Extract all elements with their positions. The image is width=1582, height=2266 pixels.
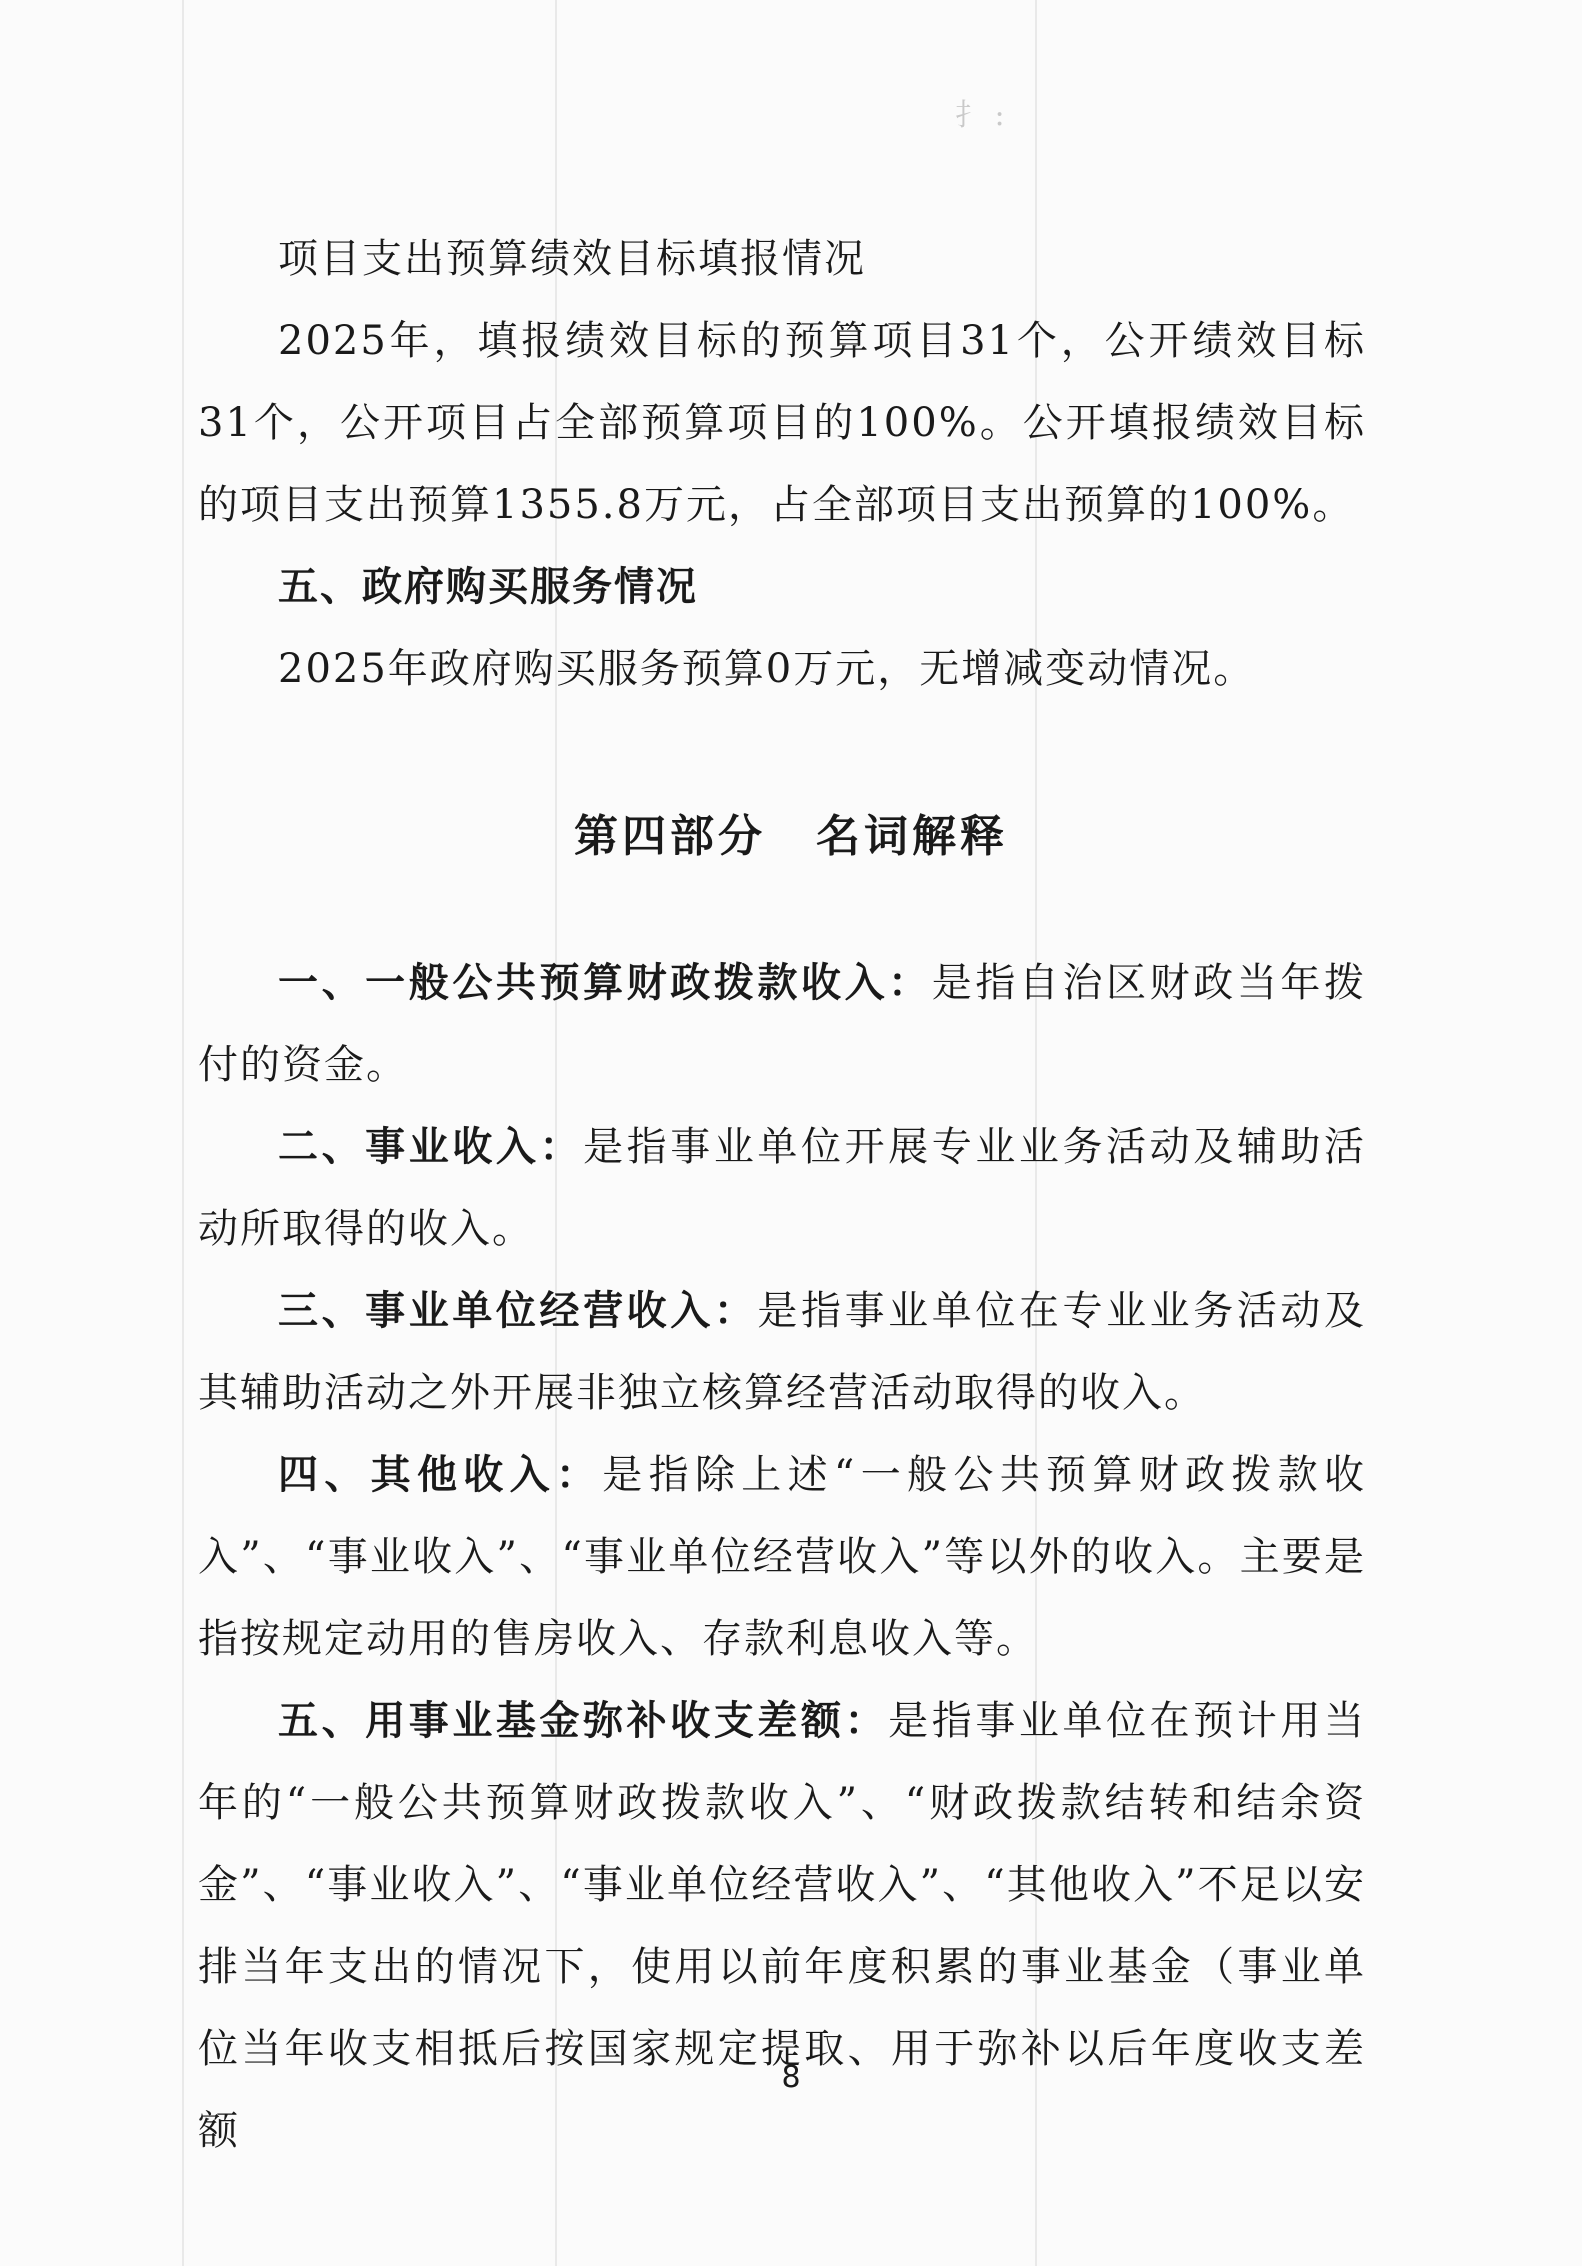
glossary-item: 三、事业单位经营收入：是指事业单位在专业业务活动及其辅助活动之外开展非独立核算经… xyxy=(198,1270,1366,1434)
scan-mark: 扌 : xyxy=(955,90,1005,134)
part-title: 第四部分名词解释 xyxy=(0,800,1582,864)
glossary-item: 四、其他收入：是指除上述“一般公共预算财政拨款收入”、“事业收入”、“事业单位经… xyxy=(198,1434,1366,1680)
subheading-performance-goals: 项目支出预算绩效目标填报情况 xyxy=(198,218,1366,300)
page-number: 8 xyxy=(0,2060,1582,2095)
glossary-term: 四、其他收入： xyxy=(278,1452,602,1498)
glossary-item: 二、事业收入：是指事业单位开展专业业务活动及辅助活动所取得的收入。 xyxy=(198,1106,1366,1270)
glossary-term: 三、事业单位经营收入： xyxy=(278,1288,757,1334)
glossary-item: 一、一般公共预算财政拨款收入：是指自治区财政当年拨付的资金。 xyxy=(198,942,1366,1106)
paragraph-performance-goals: 2025年，填报绩效目标的预算项目31个，公开绩效目标31个，公开项目占全部预算… xyxy=(198,300,1366,546)
glossary-item: 五、用事业基金弥补收支差额：是指事业单位在预计用当年的“一般公共预算财政拨款收入… xyxy=(198,1680,1366,2172)
heading-government-procurement: 五、政府购买服务情况 xyxy=(198,546,1366,628)
scan-artifact-line xyxy=(182,0,184,2266)
glossary-term: 一、一般公共预算财政拨款收入： xyxy=(278,960,932,1006)
part-label: 第四部分 xyxy=(574,811,766,862)
document-page: 扌 : 项目支出预算绩效目标填报情况 2025年，填报绩效目标的预算项目31个，… xyxy=(0,0,1582,2266)
glossary-term: 五、用事业基金弥补收支差额： xyxy=(278,1698,888,1744)
part-name: 名词解释 xyxy=(816,811,1008,862)
glossary-term: 二、事业收入： xyxy=(278,1124,583,1170)
paragraph-government-procurement: 2025年政府购买服务预算0万元，无增减变动情况。 xyxy=(198,628,1366,710)
